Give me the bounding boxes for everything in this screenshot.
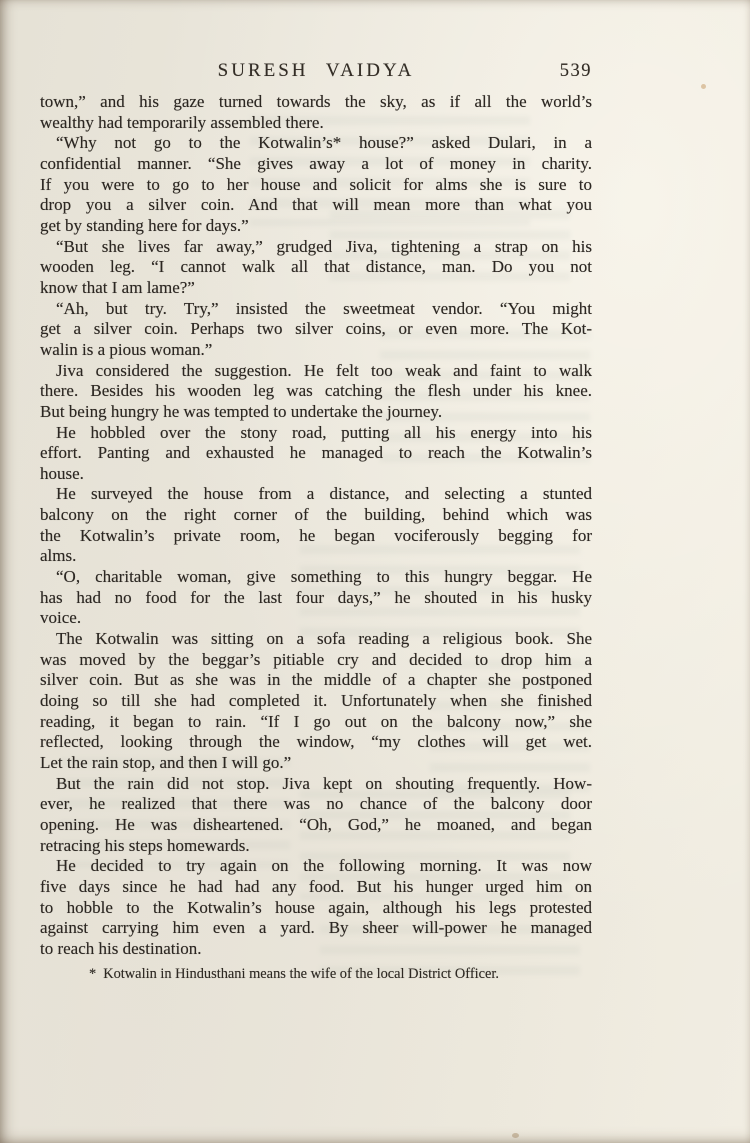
paper-speck [701,84,706,89]
text-line: He hobbled over the stony road, putting … [40,423,592,444]
text-line: The Kotwalin was sitting on a sofa readi… [40,629,592,650]
text-line: walin is a pious woman.” [40,340,592,361]
text-line: was moved by the beggar’s pitiable cry a… [40,650,592,671]
text-line: wealthy had temporarily assembled there. [40,113,592,134]
text-line: “Why not go to the Kotwalin’s* house?” a… [40,133,592,154]
text-line: silver coin. But as she was in the middl… [40,670,592,691]
text-line: reading, it began to rain. “If I go out … [40,712,592,733]
text-line: confidential manner. “She gives away a l… [40,154,592,175]
text-line: drop you a silver coin. And that will me… [40,195,592,216]
body-text: town,” and his gaze turned towards the s… [40,92,592,960]
text-line: five days since he had had any food. But… [40,877,592,898]
paper-speck [512,1133,519,1138]
text-line: opening. He was disheartened. “Oh, God,”… [40,815,592,836]
text-line: doing so till she had completed it. Unfo… [40,691,592,712]
text-line: retracing his steps homewards. [40,836,592,857]
text-line: “O, charitable woman, give something to … [40,567,592,588]
footnote-asterisk-marker: * [89,966,96,982]
text-line: effort. Panting and exhausted he managed… [40,443,592,464]
text-line: Let the rain stop, and then I will go.” [40,753,592,774]
text-line: get by standing here for days.” [40,216,592,237]
page-number: 539 [40,61,592,82]
text-line: wooden leg. “I cannot walk all that dist… [40,257,592,278]
text-line: Jiva considered the suggestion. He felt … [40,361,592,382]
text-line: get a silver coin. Perhaps two silver co… [40,319,592,340]
text-line: to hobble to the Kotwalin’s house again,… [40,898,592,919]
text-line: voice. [40,608,592,629]
text-line: He surveyed the house from a distance, a… [40,484,592,505]
footnote-text: Kotwalin in Hindusthani means the wife o… [103,966,499,982]
text-line: But being hungry he was tempted to under… [40,402,592,423]
text-line: know that I am lame?” [40,278,592,299]
text-line: against carrying him even a yard. By she… [40,918,592,939]
text-line: He decided to try again on the following… [40,856,592,877]
text-line: house. [40,464,592,485]
text-line: the Kotwalin’s private room, he began vo… [40,526,592,547]
text-line: “But she lives far away,” grudged Jiva, … [40,237,592,258]
text-line: to reach his destination. [40,939,592,960]
text-line: “Ah, but try. Try,” insisted the sweetme… [40,299,592,320]
text-line: But the rain did not stop. Jiva kept on … [40,774,592,795]
footnote: *Kotwalin in Hindusthani means the wife … [89,966,499,983]
book-page: SURESH VAIDYA 539 town,” and his gaze tu… [0,0,750,1143]
text-line: balcony on the right corner of the build… [40,505,592,526]
text-line: town,” and his gaze turned towards the s… [40,92,592,113]
text-line: ever, he realized that there was no chan… [40,794,592,815]
text-line: has had no food for the last four days,”… [40,588,592,609]
text-line: there. Besides his wooden leg was catchi… [40,381,592,402]
text-line: reflected, looking through the window, “… [40,732,592,753]
text-line: alms. [40,546,592,567]
text-line: If you were to go to her house and solic… [40,175,592,196]
